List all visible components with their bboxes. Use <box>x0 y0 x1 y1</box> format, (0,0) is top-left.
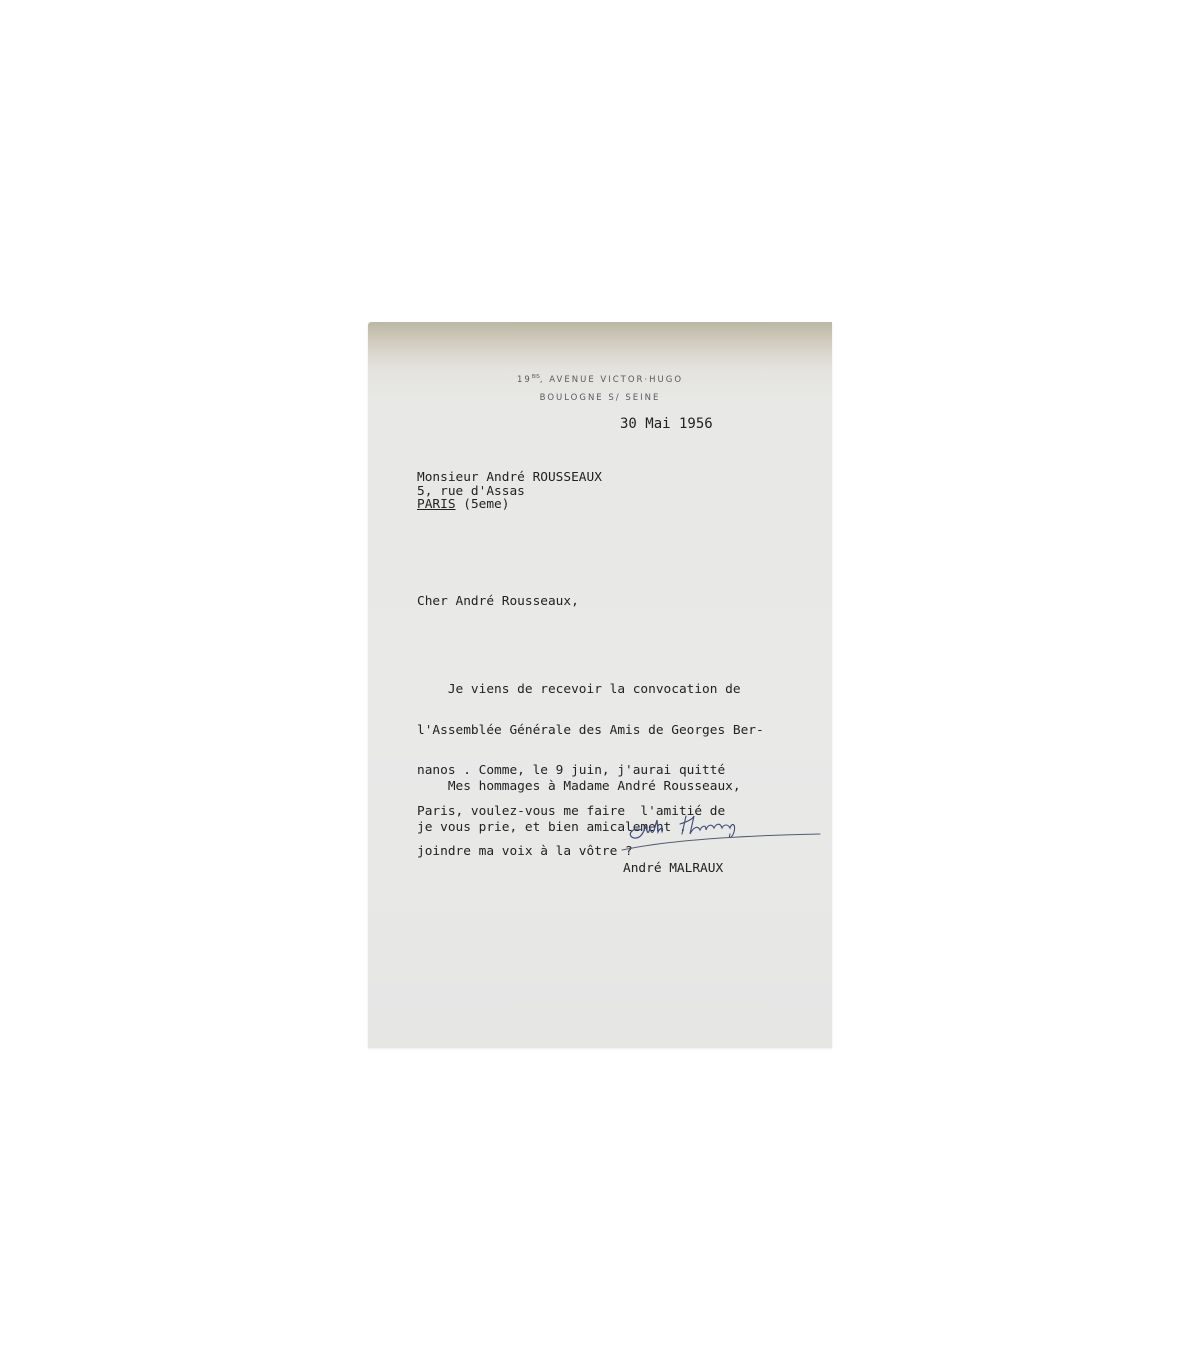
recipient-address: Monsieur André ROUSSEAUX5, rue d'AssasPA… <box>417 471 602 512</box>
typed-signature: André MALRAUX <box>623 862 723 876</box>
letter-date: 30 Mai 1956 <box>620 418 713 432</box>
recipient-name: Monsieur André ROUSSEAUX <box>417 471 602 485</box>
letter-sheet: 19BIS, AVENUE VICTOR·HUGO BOULOGNE S/ SE… <box>368 322 832 1048</box>
salutation: Cher André Rousseaux, <box>417 595 579 609</box>
body-line: l'Assemblée Générale des Amis de Georges… <box>417 724 764 738</box>
body-line: Mes hommages à Madame André Rousseaux, <box>417 780 741 794</box>
letterhead-city: BOULOGNE S/ SEINE <box>368 393 832 403</box>
recipient-city-line: PARIS (5eme) <box>417 498 602 512</box>
recipient-district: (5eme) <box>456 497 510 512</box>
body-line: Je viens de recevoir la convocation de <box>417 683 764 697</box>
recipient-city: PARIS <box>417 497 456 512</box>
recipient-street: 5, rue d'Assas <box>417 485 602 499</box>
letterhead-address: 19BIS, AVENUE VICTOR·HUGO <box>368 374 832 385</box>
handwritten-signature <box>620 802 830 852</box>
